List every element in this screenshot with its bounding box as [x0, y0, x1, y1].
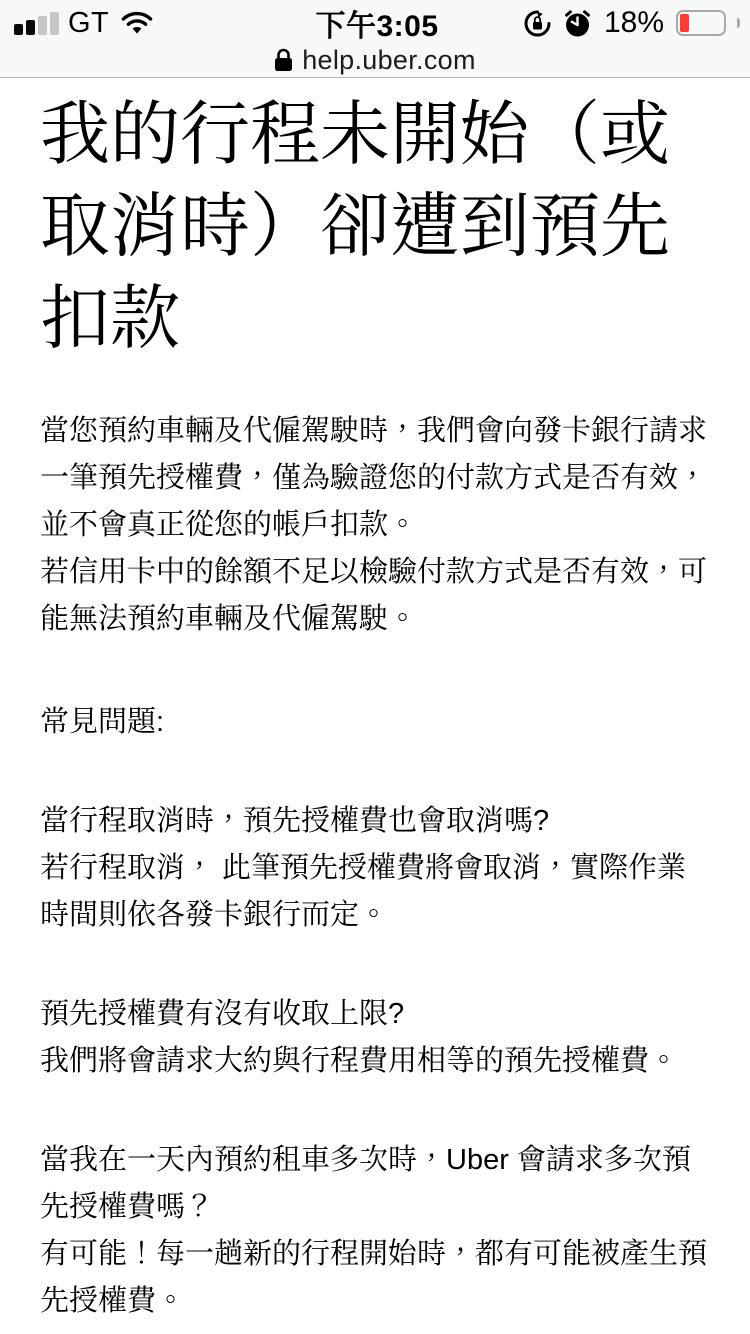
faq-answer: 有可能！每一趟新的行程開始時，都有可能被產生預先授權費。 [40, 1231, 710, 1325]
cellular-signal-icon [14, 11, 59, 35]
status-bar-left: GT [14, 7, 315, 40]
battery-nub [737, 18, 740, 28]
faq-question: 當我在一天內預約租車多次時，Uber 會請求多次預先授權費嗎？ [40, 1137, 710, 1231]
wifi-icon [119, 10, 155, 37]
faq-section-label: 常見問題: [40, 699, 710, 746]
faq-item: 當我在一天內預約租車多次時，Uber 會請求多次預先授權費嗎？ 有可能！每一趟新… [40, 1137, 710, 1325]
faq-answer: 若行程取消， 此筆預先授權費將會取消，實際作業時間則依各發卡銀行而定。 [40, 845, 710, 939]
intro-paragraph: 當您預約車輛及代僱駕駛時，我們會向發卡銀行請求一筆預先授權費，僅為驗證您的付款方… [40, 408, 710, 549]
faq-question: 預先授權費有沒有收取上限? [40, 991, 710, 1038]
faq-item: 當行程取消時，預先授權費也會取消嗎? 若行程取消， 此筆預先授權費將會取消，實際… [40, 798, 710, 939]
battery-percent-label: 18% [604, 6, 664, 40]
status-bar-clock: 下午3:05 [315, 1, 438, 45]
alarm-clock-icon [563, 9, 592, 38]
time-label: 下午3:05 [315, 10, 438, 43]
status-bar-right: 18% [439, 6, 740, 40]
intro-paragraph: 若信用卡中的餘額不足以檢驗付款方式是否有效，可能無法預約車輛及代僱駕駛。 [40, 549, 710, 643]
browser-top-bar: GT 下午3:05 [0, 0, 750, 78]
battery-icon [676, 10, 726, 36]
faq-item: 預先授權費有沒有收取上限? 我們將會請求大約與行程費用相等的預先授權費。 [40, 991, 710, 1085]
article-content: 我的行程未開始（或取消時）卻遭到預先扣款 當您預約車輛及代僱駕駛時，我們會向發卡… [0, 88, 750, 1325]
rotation-lock-icon [522, 8, 553, 39]
page-title: 我的行程未開始（或取消時）卻遭到預先扣款 [40, 88, 710, 364]
carrier-label: GT [68, 7, 109, 40]
padlock-icon [274, 48, 293, 72]
status-bar: GT 下午3:05 [0, 0, 750, 44]
url-domain-label: help.uber.com [302, 45, 476, 76]
faq-question: 當行程取消時，預先授權費也會取消嗎? [40, 798, 710, 845]
url-bar[interactable]: help.uber.com [0, 44, 750, 76]
faq-answer: 我們將會請求大約與行程費用相等的預先授權費。 [40, 1038, 710, 1085]
